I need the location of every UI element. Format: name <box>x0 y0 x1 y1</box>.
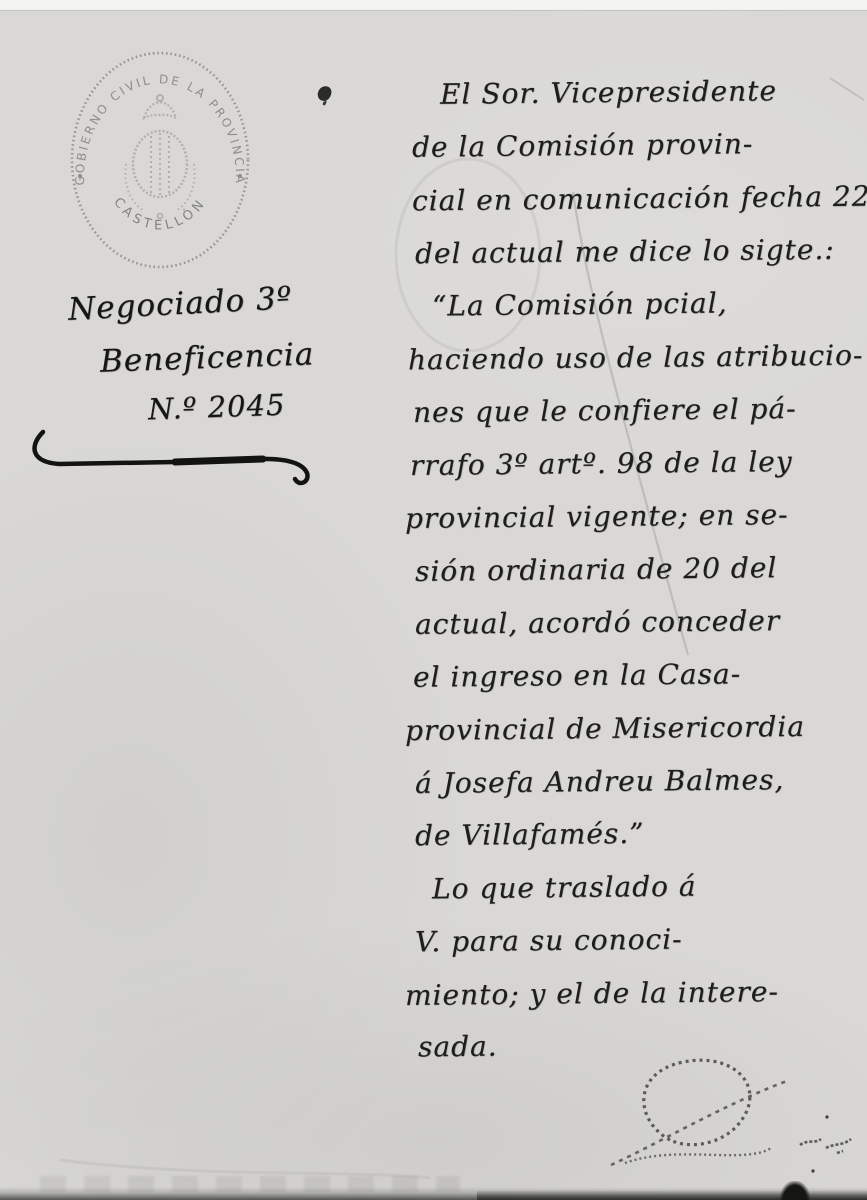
manuscript-line-9: provincial vigente; en se- <box>405 498 789 535</box>
margin-note-numero: N.º 2045 <box>147 388 286 427</box>
manuscript-line-8: rrafo 3º artº. 98 de la ley <box>410 445 793 482</box>
manuscript-line-6: haciendo uso de las atribucio- <box>408 339 864 377</box>
manuscript-line-2: de la Comisión provin- <box>412 127 754 164</box>
manuscript-line-17: V. para su conoci- <box>415 923 683 959</box>
manuscript-line-12: el ingreso en la Casa- <box>413 657 741 693</box>
manuscript-line-4: del actual me dice lo sigte.: <box>415 233 835 270</box>
manuscript-line-13: provincial de Misericordia <box>405 710 805 747</box>
signature-rubric <box>595 1045 860 1195</box>
manuscript-line-16: Lo que traslado á <box>432 870 697 906</box>
manuscript-line-18: miento; y el de la intere- <box>405 975 779 1012</box>
scan-edge-blob <box>780 1181 810 1200</box>
page-scan: GOBIERNO CIVIL DE LA PROVINCIA CASTELLÓN… <box>0 0 867 1200</box>
manuscript-line-1: El Sor. Vicepresidente <box>440 74 777 111</box>
manuscript-line-15: de Villafamés.” <box>415 817 645 852</box>
margin-note-beneficencia: Beneficencia <box>99 336 314 379</box>
manuscript-line-14: á Josefa Andreu Balmes, <box>415 763 785 800</box>
manuscript-line-7: nes que le confiere el pá- <box>413 392 797 429</box>
manuscript-line-5: “La Comisión pcial, <box>432 286 728 322</box>
margin-flourish <box>25 424 337 496</box>
manuscript-line-19: sada. <box>418 1030 498 1064</box>
manuscript-line-11: actual, acordó conceder <box>415 604 780 641</box>
manuscript-line-3: cial en comunicación fecha 22 <box>412 180 867 218</box>
manuscript-line-10: sión ordinaria de 20 del <box>415 551 778 588</box>
